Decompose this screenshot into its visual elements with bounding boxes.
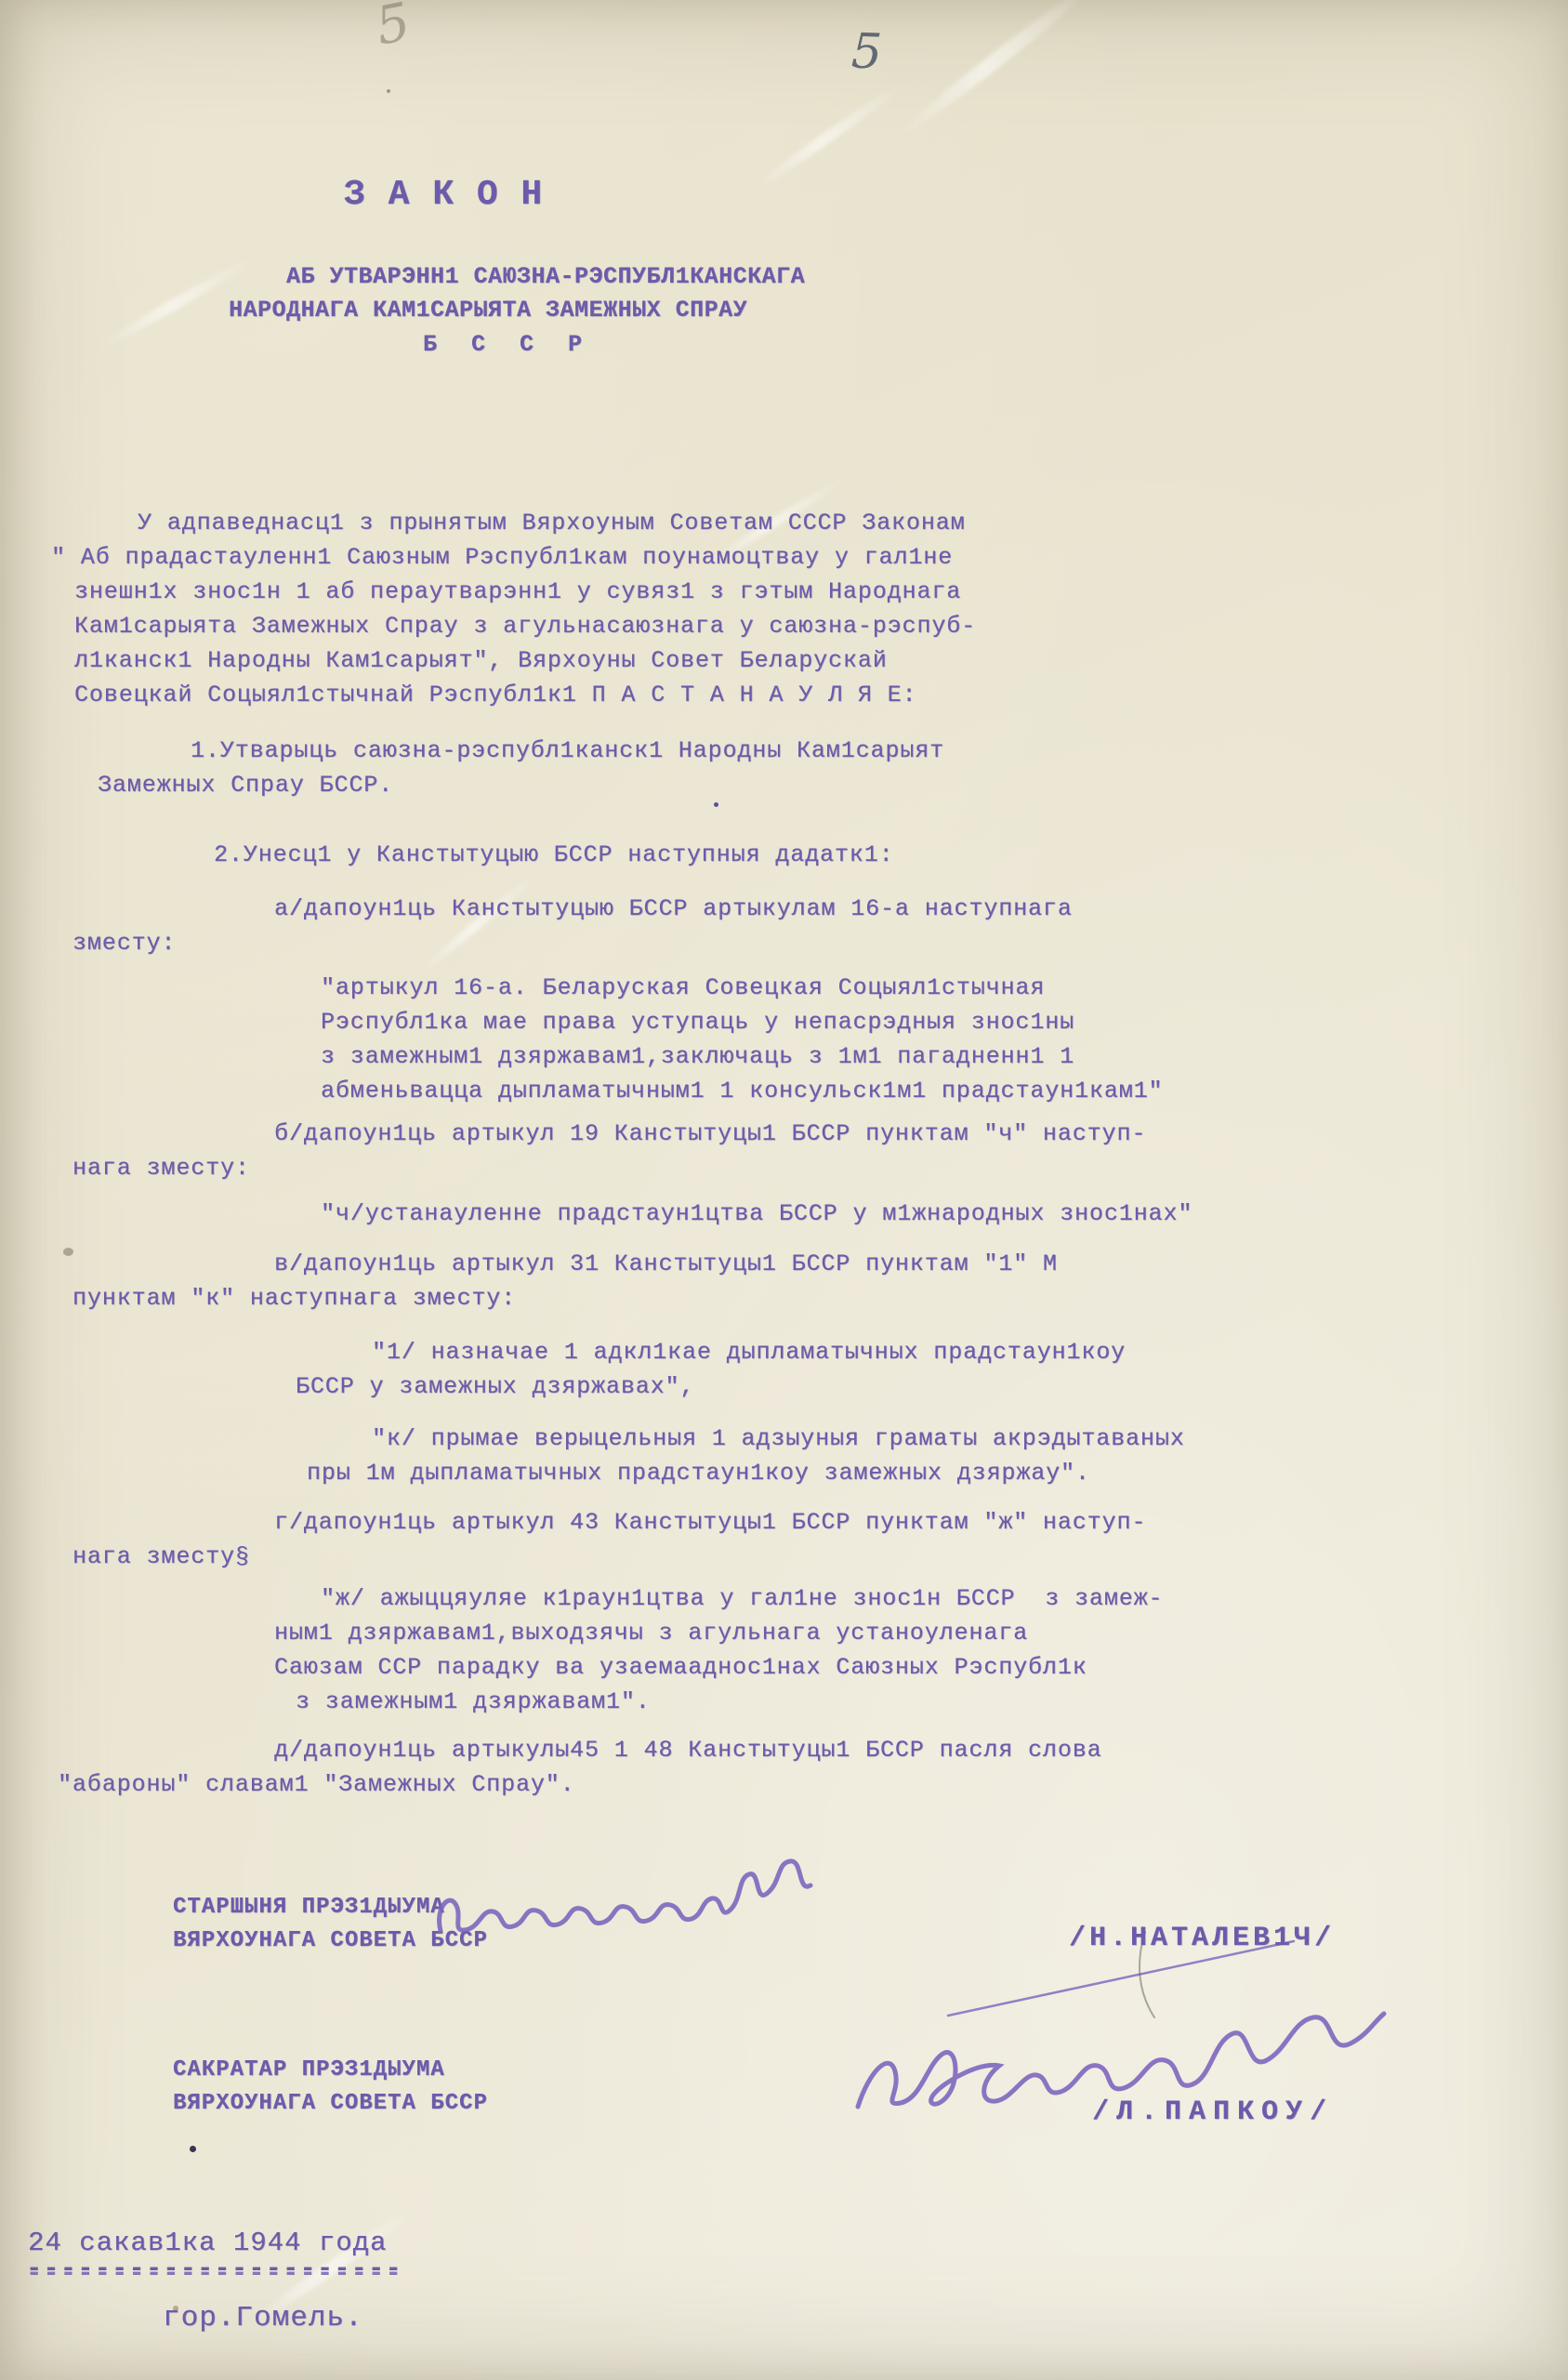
- document-line-preamble-5: л1канск1 Народны Кам1сарыят", Вярхоуны С…: [74, 647, 888, 674]
- document-line-quote-16a-3: з замежным1 дзяржавам1,заключаць з 1м1 п…: [321, 1043, 1074, 1070]
- document-line-preamble-3: знешн1х знос1н 1 аб пераутварэнн1 у сувя…: [74, 578, 961, 605]
- signature-2-name: /Л.ПАПКОУ/: [1092, 2096, 1334, 2128]
- document-line-point-1-2: Замежных Спрау БССР.: [98, 772, 393, 799]
- document-subtitle-line-1: АБ УТВАРЭНН1 САЮЗНА-РЭСПУБЛ1КАНСКАГА: [286, 263, 805, 290]
- document-line-item-a-2: зместу:: [72, 930, 176, 957]
- document-line-preamble-2: " Аб прадастауленн1 Саюзным Рэспубл1кам …: [51, 544, 953, 571]
- document-line-item-b-1: б/дапоун1ць артыкул 19 Канстытуцы1 БССР …: [274, 1120, 1146, 1147]
- document-line-quote-zh-4: з замежным1 дзяржавам1".: [296, 1688, 651, 1715]
- document-line-item-v-1: в/дапоун1ць артыкул 31 Канстытуцы1 БССР …: [274, 1250, 1058, 1277]
- signature-2-role-line-2: ВЯРХОУНАГА СОВЕТА БССР: [173, 2091, 488, 2116]
- document-line-quote-k-1: "к/ прымае верыцельныя 1 адзыуныя грамат…: [372, 1425, 1185, 1452]
- document-line-preamble-1: У адпаведнасц1 з прынятым Вярхоуным Сове…: [138, 509, 966, 536]
- document-line-point-1-1: 1.Утварыць саюзна-рэспубл1канск1 Народны…: [191, 737, 944, 764]
- document-place: гор.Гомель.: [163, 2302, 363, 2334]
- signature-2-role-line-1: САКРАТАР ПРЭЗ1ДЫУМА: [173, 2057, 445, 2082]
- paper-speck: [387, 89, 390, 93]
- document-line-item-d-1: д/дапоун1ць артыкулы45 1 48 Канстытуцы1 …: [274, 1737, 1102, 1764]
- paper-speck: [714, 802, 718, 807]
- document-line-quote-16a-1: "артыкул 16-а. Беларуская Совецкая Соцыя…: [321, 974, 1045, 1001]
- document-line-item-g-2: нага зместу§: [72, 1543, 250, 1570]
- document-line-quote-zh-3: Саюзам ССР парадку ва узаемааднос1нах Са…: [274, 1654, 1087, 1681]
- document-line-point-2-1: 2.Унесц1 у Канстытуцыю БССР наступныя да…: [214, 841, 894, 868]
- document-line-quote-16a-4: абменьвацца дыпламатычным1 1 консульск1м…: [321, 1078, 1163, 1104]
- document-subtitle-line-3: Б С С Р: [423, 331, 592, 358]
- paper-glare-streak: [415, 869, 543, 978]
- document-title: З А К О Н: [344, 175, 543, 215]
- document-line-item-v-2: пунктам "к" наступнага зместу:: [72, 1285, 516, 1312]
- document-subtitle-line-2: НАРОДНАГА КАМ1САРЫЯТА ЗАМЕЖНЫХ СПРАУ: [229, 297, 747, 324]
- document-line-quote-i-2: БССР у замежных дзяржавах",: [296, 1373, 694, 1400]
- handwritten-page-number-center: 5: [371, 0, 415, 58]
- paper-glare-streak: [748, 80, 907, 196]
- document-line-item-a-1: а/дапоун1ць Канстытуцыю БССР артыкулам 1…: [274, 895, 1073, 922]
- signature-1-role-line-1: СТАРШЫНЯ ПРЭЗ1ДЫУМА: [173, 1895, 445, 1920]
- signature-1-name: /Н.НАТАЛЕВ1Ч/: [1069, 1923, 1335, 1954]
- signature-1-handwriting: [428, 1852, 818, 1963]
- document-line-preamble-4: Кам1сарыята Замежных Спрау з агульнасаюз…: [74, 613, 976, 640]
- document-line-quote-zh-1: "ж/ ажыццяуляе к1раун1цтва у гал1не знос…: [321, 1585, 1163, 1612]
- paper-speck: [63, 1248, 73, 1256]
- document-page: 5 5 З А К О Н АБ УТВАРЭНН1 САЮЗНА-РЭСПУБ…: [0, 0, 1568, 2380]
- document-line-quote-zh-2: ным1 дзяржавам1,выходзячы з агульнага ус…: [274, 1620, 1028, 1646]
- paper-speck: [190, 2146, 196, 2152]
- document-line-quote-ch-1: "ч/устанауленне прадстаун1цтва БССР у м1…: [321, 1200, 1192, 1227]
- document-line-quote-k-2: пры 1м дыпламатычных прадстаун1коу замеж…: [307, 1460, 1090, 1487]
- document-line-quote-16a-2: Рэспубл1ка мае права уступаць у непасрэд…: [321, 1009, 1074, 1036]
- document-line-quote-i-1: "1/ назначае 1 адкл1кае дыпламатычных пр…: [372, 1339, 1126, 1366]
- document-line-item-d-2: "абароны" славам1 "Замежных Спрау".: [58, 1771, 575, 1798]
- paper-glare-streak: [895, 0, 1095, 141]
- date-separator-line: ----------------------: [26, 2254, 402, 2284]
- handwritten-page-number-right: 5: [850, 23, 883, 80]
- document-line-item-b-2: нага зместу:: [72, 1155, 250, 1182]
- document-line-preamble-6: Совецкай Соцыял1стычнай Рэспубл1к1 П А С…: [74, 681, 916, 708]
- document-line-item-g-1: г/дапоун1ць артыкул 43 Канстытуцы1 БССР …: [274, 1509, 1146, 1536]
